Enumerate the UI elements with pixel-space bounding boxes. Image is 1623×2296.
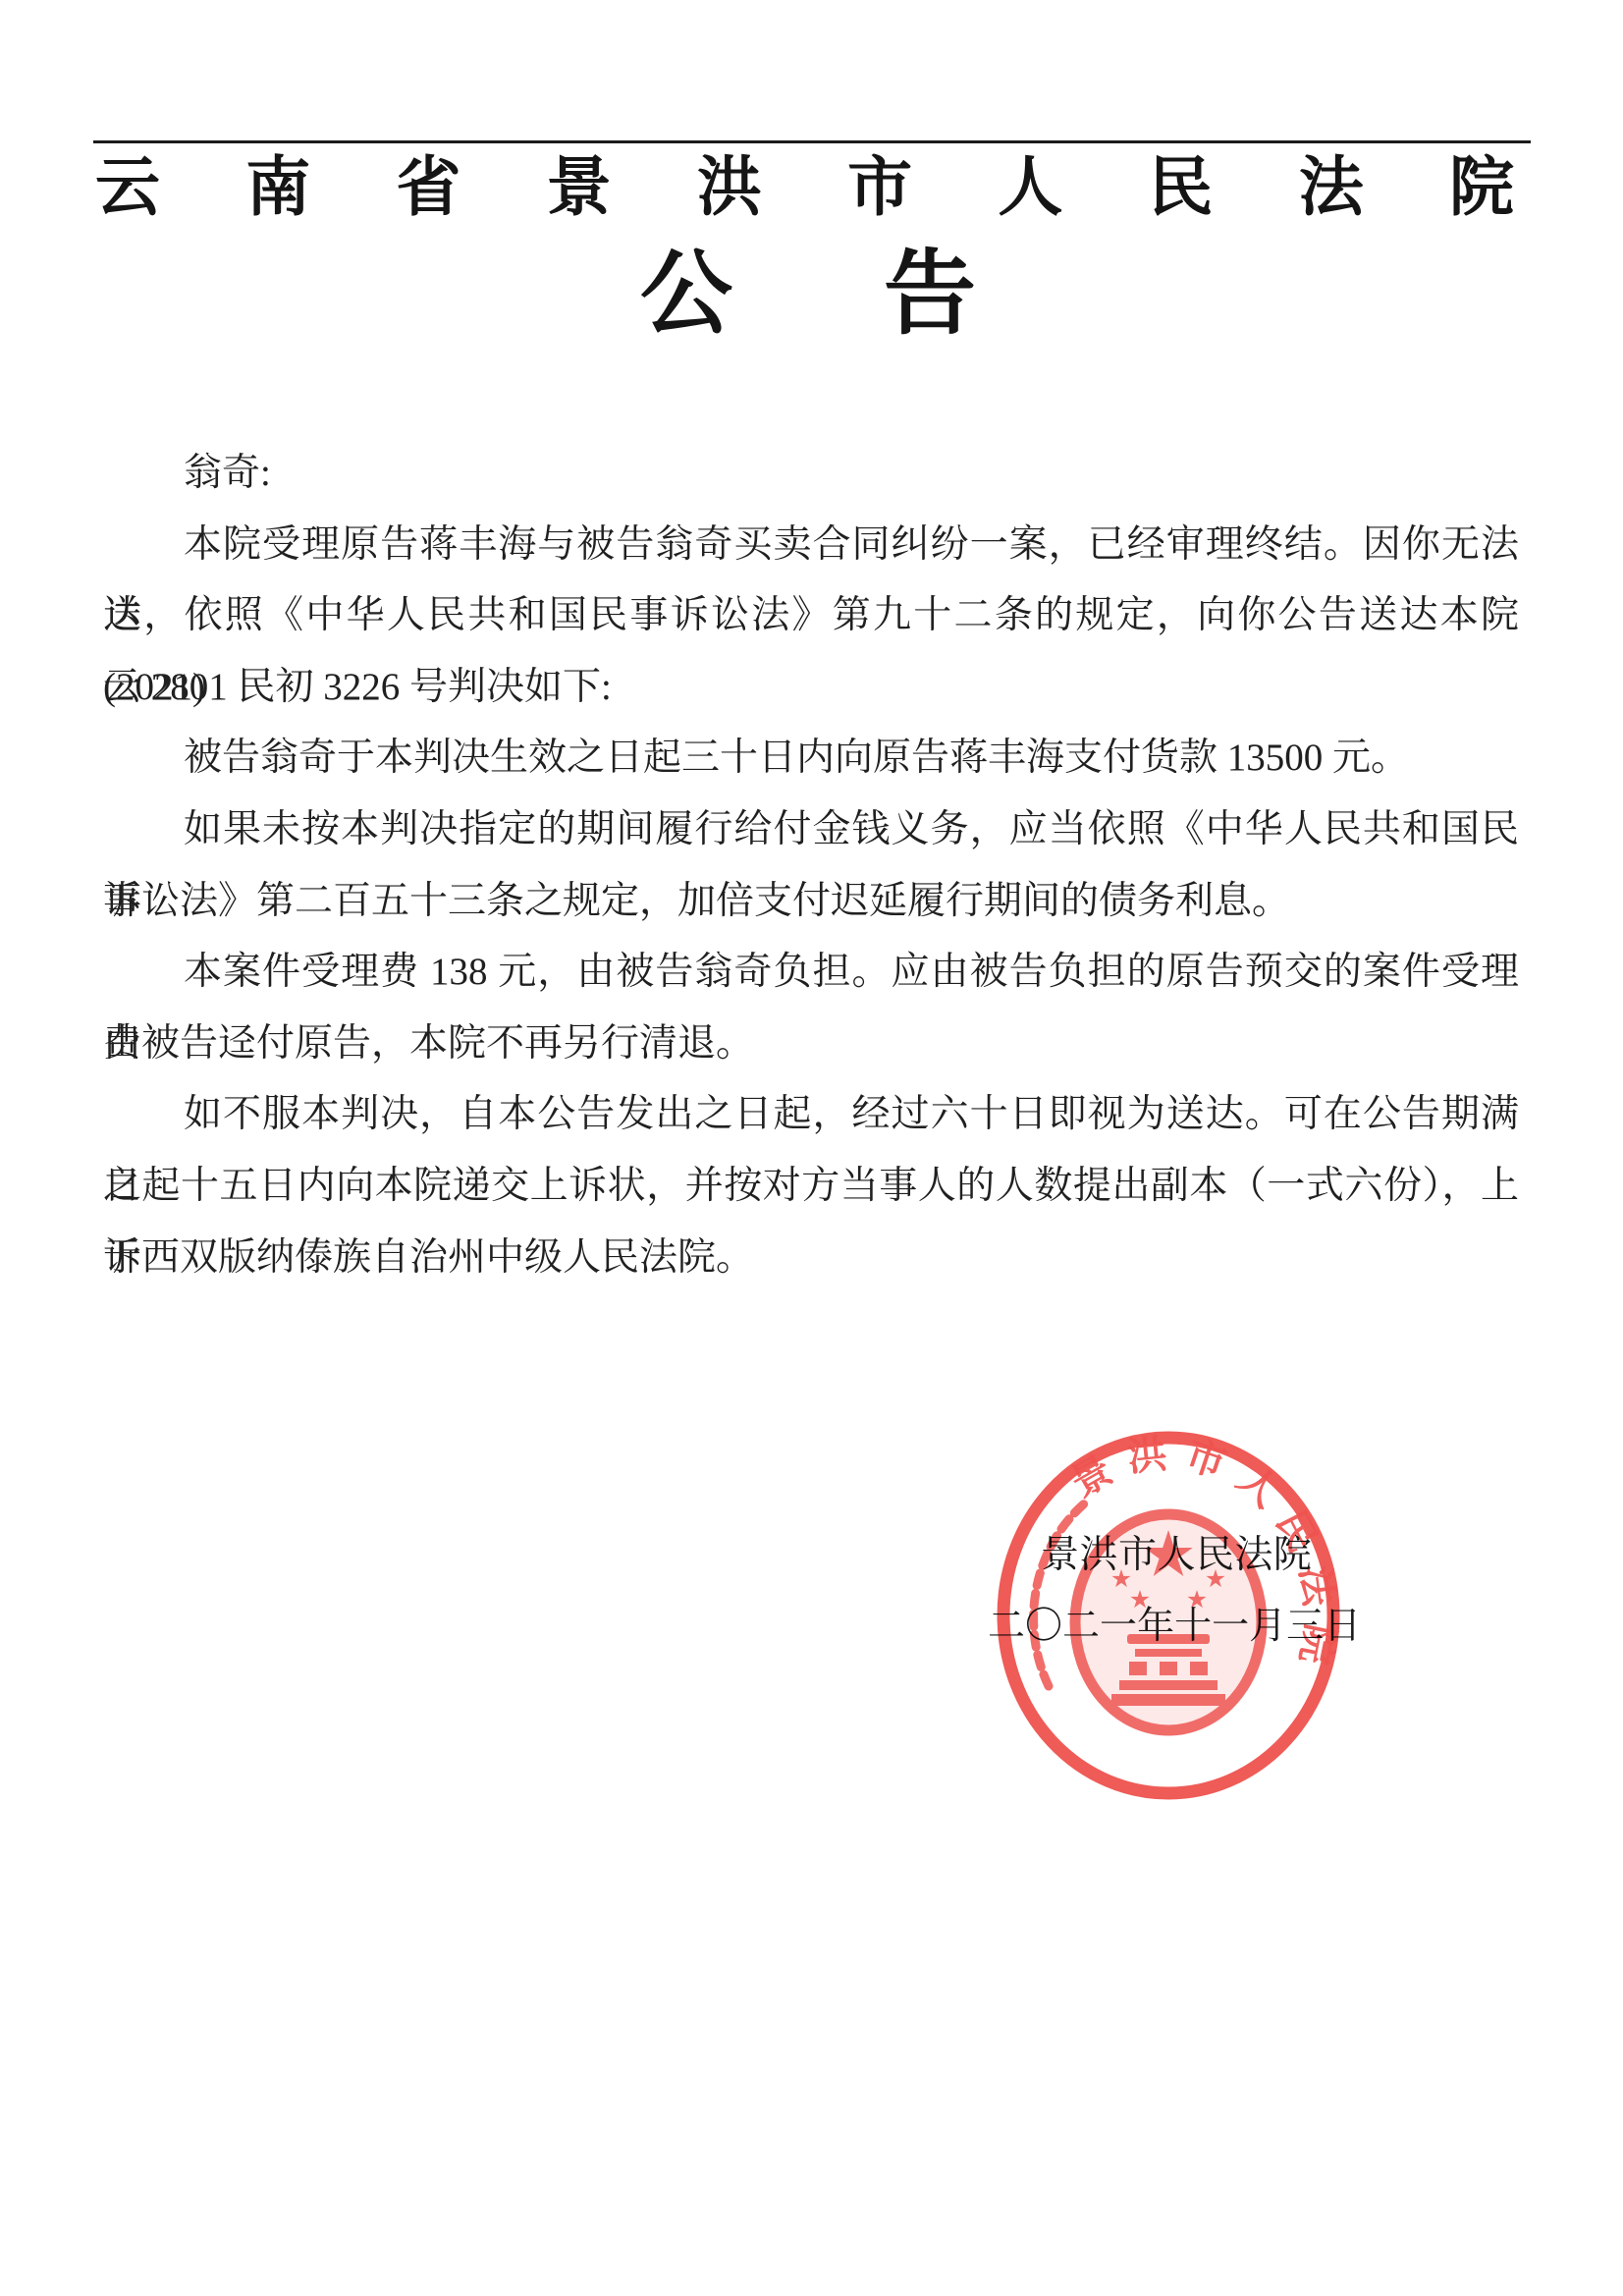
body-line: 本院受理原告蒋丰海与被告翁奇买卖合同纠纷一案，已经审理终结。因你无法送 bbox=[103, 510, 1519, 581]
body-line: 诉讼法》第二百五十三条之规定，加倍支付迟延履行期间的债务利息。 bbox=[103, 866, 1519, 938]
body-line: 日起十五日内向本院递交上诉状，并按对方当事人的人数提出副本（一式六份），上诉 bbox=[103, 1151, 1519, 1223]
document-title: 公告 bbox=[640, 244, 976, 346]
document-page: 云南省景洪市人民法院 公告 翁奇: 本院受理原告蒋丰海与被告翁奇买卖合同纠纷一案… bbox=[0, 0, 1623, 2296]
seal-date: 二〇二一年十一月三日 bbox=[988, 1595, 1359, 1642]
official-seal: 景洪市人民法院 景洪市人 bbox=[972, 1426, 1365, 1819]
body-line: 如果未按本判决指定的期间履行给付金钱义务，应当依照《中华人民共和国民事 bbox=[103, 794, 1519, 866]
header-rule bbox=[93, 140, 1531, 143]
body-line: 由被告迳付原告，本院不再另行清退。 bbox=[103, 1009, 1519, 1080]
seal-court-name: 景洪市人民法院 bbox=[1041, 1524, 1312, 1571]
body-line: 达，依照《中华人民共和国民事诉讼法》第九十二条的规定，向你公告送达本院(2021… bbox=[103, 580, 1519, 652]
body-line: 被告翁奇于本判决生效之日起三十日内向原告蒋丰海支付货款 13500 元。 bbox=[103, 723, 1519, 794]
notice-body: 翁奇: 本院受理原告蒋丰海与被告翁奇买卖合同纠纷一案，已经审理终结。因你无法送 … bbox=[103, 438, 1519, 1293]
body-line: 于西双版纳傣族自治州中级人民法院。 bbox=[103, 1223, 1519, 1294]
body-line: 如不服本判决，自本公告发出之日起，经过六十日即视为送达。可在公告期满之 bbox=[103, 1079, 1519, 1151]
body-line: 本案件受理费 138 元，由被告翁奇负担。应由被告负担的原告预交的案件受理费 bbox=[103, 937, 1519, 1009]
body-line: 翁奇: bbox=[103, 438, 1519, 510]
body-line: 云 2801 民初 3226 号判决如下: bbox=[103, 652, 1519, 724]
court-header-title: 云南省景洪市人民法院 bbox=[95, 149, 1514, 228]
